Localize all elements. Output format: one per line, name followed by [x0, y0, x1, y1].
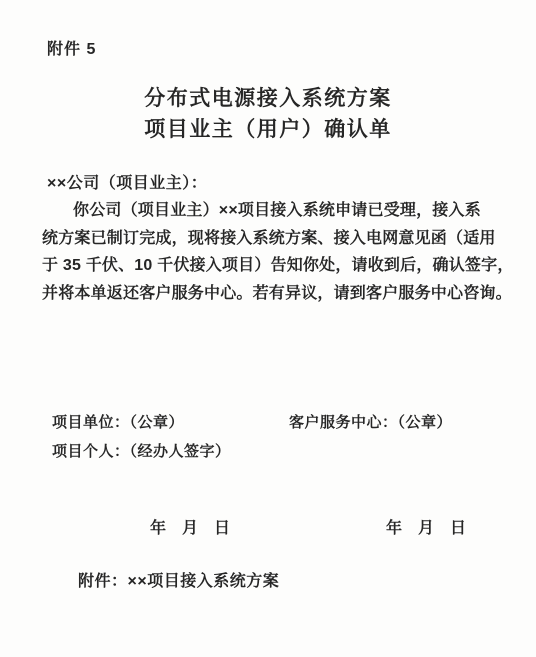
date-line-left: 年 月 日 [150, 515, 230, 538]
document-title-line-1: 分布式电源接入系统方案 [0, 83, 536, 114]
signature-row-1: 项目单位：（公章） 客户服务中心：（公章） [0, 411, 536, 431]
project-unit-seal-label: 项目单位：（公章） [52, 411, 184, 432]
date-line-right: 年 月 日 [386, 515, 466, 538]
salutation-line: ××公司（项目业主）： [47, 170, 207, 193]
attachment-note-line: 附件：××项目接入系统方案 [78, 568, 279, 591]
body-paragraph: 你公司（项目业主）××项目接入系统申请已受理，接入系 统方案已制订完成，现将接入… [42, 197, 492, 307]
document-page: 附件 5 分布式电源接入系统方案 项目业主（用户）确认单 ××公司（项目业主）：… [0, 0, 536, 657]
body-line-2: 统方案已制订完成，现将接入系统方案、接入电网意见函（适用 [42, 225, 492, 253]
body-line-3: 于 35 千伏、10 千伏接入项目）告知你处，请收到后，确认签字， [42, 252, 492, 280]
service-center-seal-label: 客户服务中心：（公章） [289, 411, 452, 432]
project-person-signature-label: 项目个人：（经办人签字） [52, 440, 231, 461]
attachment-number-label: 附件 5 [47, 36, 96, 59]
body-line-1: 你公司（项目业主）××项目接入系统申请已受理，接入系 [42, 197, 492, 225]
signature-row-2: 项目个人：（经办人签字） [0, 440, 536, 460]
document-title-line-2: 项目业主（用户）确认单 [0, 114, 536, 145]
document-title: 分布式电源接入系统方案 项目业主（用户）确认单 [0, 83, 536, 145]
date-row: 年 月 日 年 月 日 [0, 515, 536, 535]
body-line-4: 并将本单返还客户服务中心。若有异议，请到客户服务中心咨询。 [42, 280, 492, 308]
